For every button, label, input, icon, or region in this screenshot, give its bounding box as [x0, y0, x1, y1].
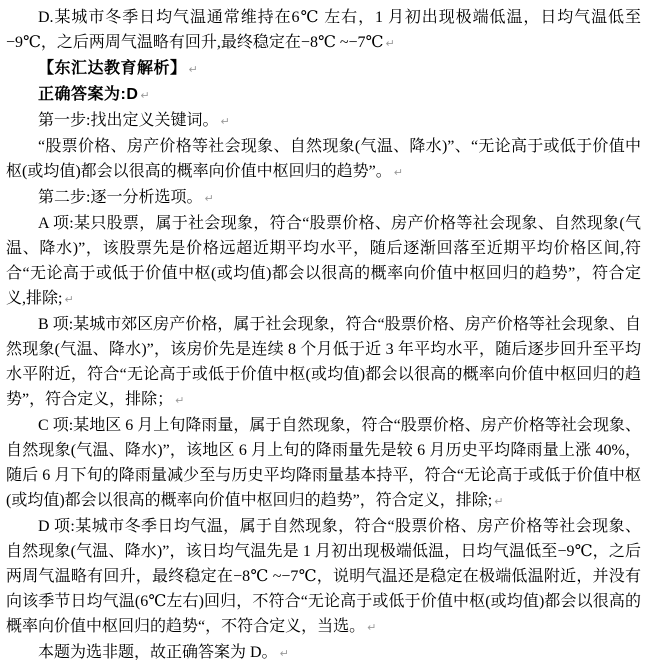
paragraph-mark-icon: ↵ [189, 63, 199, 76]
paragraph-step-2: 第二步:逐一分析选项。↵ [6, 185, 641, 211]
paragraph-mark-icon: ↵ [367, 621, 376, 634]
paragraph-analysis-header: 【东汇达教育解析】↵ [6, 56, 641, 82]
paragraph-option-a-analysis: A 项:某只股票，属于社会现象，符合“股票价格、房产价格等社会现象、自然现象(气… [6, 211, 641, 312]
paragraph-mark-icon: ↵ [140, 89, 150, 102]
paragraph-text: C 项:某地区 6 月上旬降雨量，属于自然现象，符合“股票价格、房产价格等社会现… [6, 417, 641, 509]
paragraph-text: 正确答案为:D [38, 86, 138, 103]
paragraph-mark-icon: ↵ [220, 115, 229, 128]
paragraph-option-c-analysis: C 项:某地区 6 月上旬降雨量，属于自然现象，符合“股票价格、房产价格等社会现… [6, 413, 641, 514]
paragraph-option-d-statement: D.某城市冬季日均气温通常维持在6℃ 左右，1 月初出现极端低温，日均气温低至−… [6, 5, 641, 56]
paragraph-text: 第一步:找出定义关键词。 [38, 112, 218, 129]
paragraph-mark-icon: ↵ [394, 166, 403, 179]
paragraph-correct-answer: 正确答案为:D↵ [6, 82, 641, 108]
paragraph-text: D 项:某城市冬季日均气温，属于自然现象，符合“股票价格、房产价格等社会现象、自… [6, 518, 641, 635]
paragraph-mark-icon: ↵ [204, 192, 213, 205]
paragraph-mark-icon: ↵ [385, 37, 394, 50]
paragraph-option-b-analysis: B 项:某城市郊区房产价格，属于社会现象，符合“股票价格、房产价格等社会现象、自… [6, 312, 641, 413]
paragraph-text: B 项:某城市郊区房产价格，属于社会现象，符合“股票价格、房产价格等社会现象、自… [6, 316, 641, 408]
paragraph-text: D.某城市冬季日均气温通常维持在6℃ 左右，1 月初出现极端低温，日均气温低至−… [6, 9, 641, 51]
paragraph-text: “股票价格、房产价格等社会现象、自然现象(气温、降水)”、“无论高于或低于价值中… [6, 138, 641, 180]
paragraph-definition-keywords: “股票价格、房产价格等社会现象、自然现象(气温、降水)”、“无论高于或低于价值中… [6, 134, 641, 185]
paragraph-step-1: 第一步:找出定义关键词。↵ [6, 108, 641, 134]
paragraph-text: A 项:某只股票，属于社会现象，符合“股票价格、房产价格等社会现象、自然现象(气… [6, 215, 641, 307]
document-page: D.某城市冬季日均气温通常维持在6℃ 左右，1 月初出现极端低温，日均气温低至−… [0, 0, 648, 660]
paragraph-option-d-analysis: D 项:某城市冬季日均气温，属于自然现象，符合“股票价格、房产价格等社会现象、自… [6, 514, 641, 640]
paragraph-mark-icon: ↵ [280, 647, 289, 660]
paragraph-mark-icon: ↵ [175, 394, 184, 407]
paragraph-text: 本题为选非题，故正确答案为 D。 [38, 644, 278, 660]
document-body: D.某城市冬季日均气温通常维持在6℃ 左右，1 月初出现极端低温，日均气温低至−… [6, 5, 641, 660]
paragraph-mark-icon: ↵ [64, 293, 73, 306]
paragraph-text: 第二步:逐一分析选项。 [38, 189, 202, 206]
paragraph-mark-icon: ↵ [494, 495, 503, 508]
paragraph-conclusion: 本题为选非题，故正确答案为 D。↵ [6, 640, 641, 660]
paragraph-text: 【东汇达教育解析】 [38, 60, 187, 77]
